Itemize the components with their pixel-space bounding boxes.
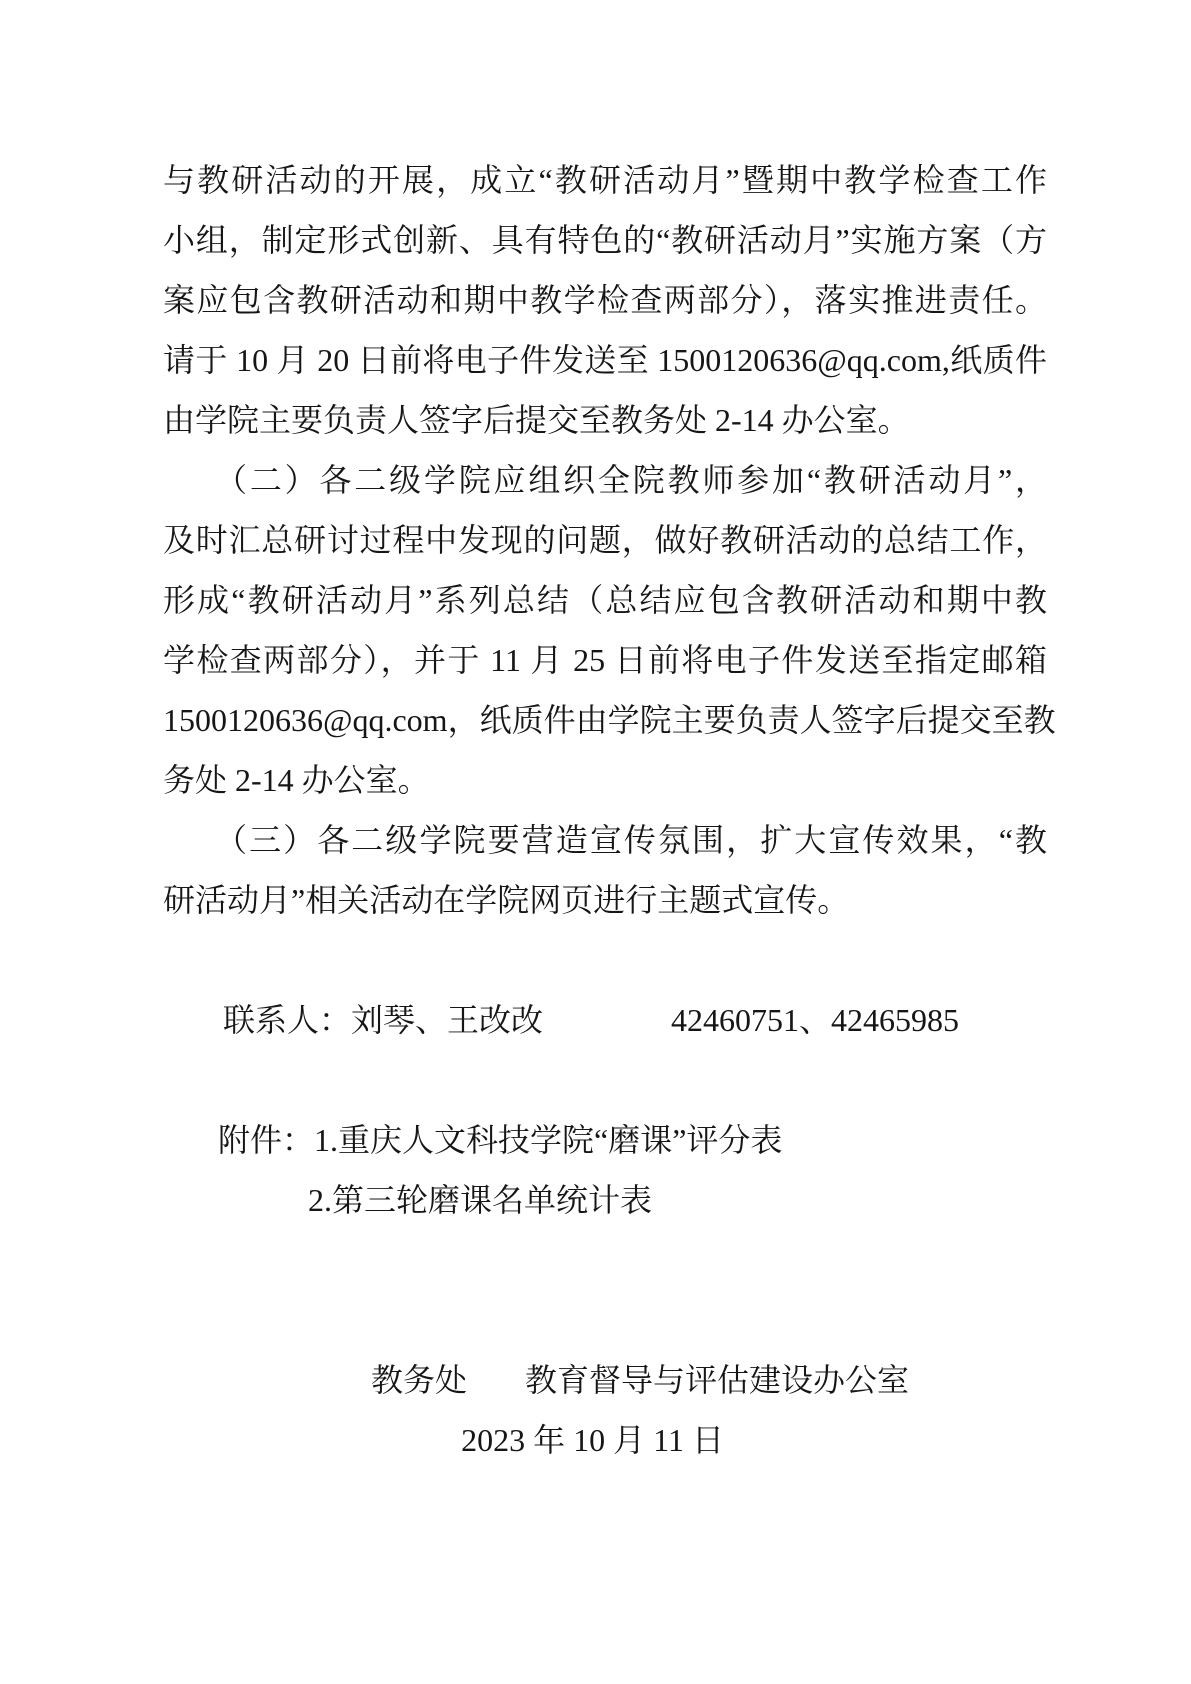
text-line-left: 由学院主要负责人签字后提交至教务处 2-14 办公室。 bbox=[163, 390, 1047, 450]
text-line-signature: 教务处教育督导与评估建设办公室 bbox=[163, 1350, 1047, 1410]
contact-label: 联系人：刘琴、王改改 bbox=[223, 1002, 543, 1038]
text-line-attachment-item: 2.第三轮磨课名单统计表 bbox=[163, 1170, 1047, 1230]
text-line-justify: 学检查两部分），并于 11 月 25 日前将电子件发送至指定邮箱 bbox=[163, 630, 1047, 690]
text-line-left: 务处 2-14 办公室。 bbox=[163, 750, 1047, 810]
text-line-justify-indent: （二）各二级学院应组织全院教师参加“教研活动月”， bbox=[163, 450, 1047, 510]
text-line-date: 2023 年 10 月 11 日 bbox=[163, 1410, 1047, 1470]
document-body: 与教研活动的开展，成立“教研活动月”暨期中教学检查工作小组，制定形式创新、具有特… bbox=[163, 150, 1047, 1470]
signature-dept-primary: 教务处 bbox=[371, 1362, 467, 1398]
text-line-attachment-heading: 附件：1.重庆人文科技学院“磨课”评分表 bbox=[163, 1110, 1047, 1170]
text-line-justify: 案应包含教研活动和期中教学检查两部分），落实推进责任。 bbox=[163, 270, 1047, 330]
text-line-justify: 与教研活动的开展，成立“教研活动月”暨期中教学检查工作 bbox=[163, 150, 1047, 210]
signature-dept-secondary: 教育督导与评估建设办公室 bbox=[525, 1362, 909, 1398]
text-line-justify: 及时汇总研讨过程中发现的问题，做好教研活动的总结工作， bbox=[163, 510, 1047, 570]
text-line-left: 研活动月”相关活动在学院网页进行主题式宣传。 bbox=[163, 870, 1047, 930]
text-line-justify: 小组，制定形式创新、具有特色的“教研活动月”实施方案（方 bbox=[163, 210, 1047, 270]
contact-phones: 42460751、42465985 bbox=[671, 1002, 959, 1038]
text-line-justify-indent: （三）各二级学院要营造宣传氛围，扩大宣传效果，“教 bbox=[163, 810, 1047, 870]
blank-line bbox=[163, 1290, 1047, 1350]
blank-line bbox=[163, 1050, 1047, 1110]
text-line-justify: 请于 10 月 20 日前将电子件发送至 1500120636@qq.com,纸… bbox=[163, 330, 1047, 390]
text-line-contact: 联系人：刘琴、王改改42460751、42465985 bbox=[163, 990, 1047, 1050]
text-line-justify: 1500120636@qq.com，纸质件由学院主要负责人签字后提交至教 bbox=[163, 690, 1047, 750]
blank-line bbox=[163, 1230, 1047, 1290]
blank-line bbox=[163, 930, 1047, 990]
text-line-justify: 形成“教研活动月”系列总结（总结应包含教研活动和期中教 bbox=[163, 570, 1047, 630]
document-page: 与教研活动的开展，成立“教研活动月”暨期中教学检查工作小组，制定形式创新、具有特… bbox=[0, 0, 1191, 1684]
